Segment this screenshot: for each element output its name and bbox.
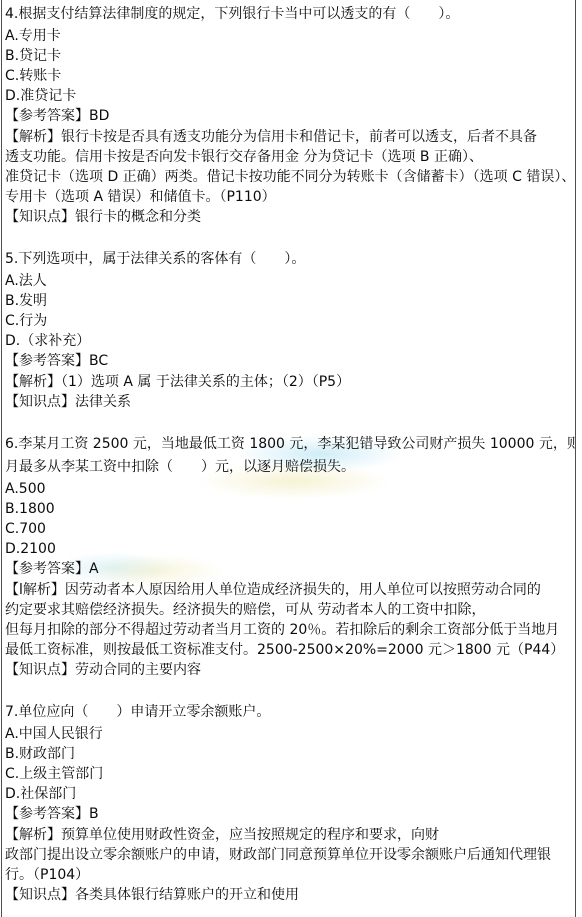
question-5-option-line: C.行为 [5, 311, 576, 331]
question-7-answer-line: 【参考答案】B [5, 804, 576, 825]
question-7-analysis-line: 【解析】预算单位使用财政性资金，应当按照规定的程序和要求，向财 [5, 825, 576, 845]
question-6-knowledge-line: 【知识点】劳动合同的主要内容 [5, 660, 576, 680]
question-6-analysis-line: 约定要求其赔偿经济损失。经济损失的赔偿，可从 劳动者本人的工资中扣除， [5, 600, 576, 620]
question-6-question-line: 6.李某月工资 2500 元，当地最低工资 1800 元，李某犯错导致公司财产损… [5, 433, 576, 456]
question-7-option-line: C.上级主管部门 [5, 764, 576, 784]
question-7: 7.单位应向（ ）申请开立零余额账户。A.中国人民银行B.财政部门C.上级主管部… [5, 701, 576, 905]
question-5-knowledge-line: 【知识点】法律关系 [5, 392, 576, 412]
question-5-question-line: 5.下列选项中，属于法律关系的客体有（ ）。 [5, 248, 576, 271]
question-4-option-line: D.准贷记卡 [5, 86, 576, 106]
question-4-analysis-line: 准贷记卡（选项 D 正确）两类。借记卡按功能不同分为转账卡（含储蓄卡）（选项 C… [5, 167, 576, 187]
question-6-option-line: C.700 [5, 519, 576, 539]
question-7-option-line: B.财政部门 [5, 744, 576, 764]
question-6-answer-line: 【参考答案】A [5, 559, 576, 580]
question-5-analysis-line: 【解析】（1）选项 A 属 于法律关系的主体；（2）（P5） [5, 372, 576, 392]
question-4-option-line: A.专用卡 [5, 26, 576, 46]
question-6-question-line: 月最多从李某工资中扣除（ ）元，以逐月赔偿损失。 [5, 456, 576, 479]
question-4-answer-line: 【参考答案】BD [5, 106, 576, 127]
question-7-analysis-line: 行。（P104） [5, 865, 576, 885]
question-4-option-line: C.转账卡 [5, 66, 576, 86]
document-page: 4.根据支付结算法律制度的规定，下列银行卡当中可以透支的有（ ）。A.专用卡B.… [0, 0, 582, 917]
question-6-analysis-line: 最低工资标准，则按最低工资标准支付。2500-2500×20%=2000 元＞1… [5, 640, 576, 660]
question-7-analysis-line: 政部门提出设立零余额账户的申请，财政部门同意预算单位开设零余额账户后通知代理银 [5, 845, 576, 865]
question-6-option-line: A.500 [5, 479, 576, 499]
question-6-analysis-line: 但每月扣除的部分不得超过劳动者当月工资的 20％。若扣除后的剩余工资部分低于当地… [5, 620, 576, 640]
question-6-analysis-line: 【l解析】因劳动者本人原因给用人单位造成经济损失的，用人单位可以按照劳动合同的 [5, 580, 576, 600]
question-4: 4.根据支付结算法律制度的规定，下列银行卡当中可以透支的有（ ）。A.专用卡B.… [5, 3, 576, 227]
question-6-option-line: B.1800 [5, 499, 576, 519]
question-5: 5.下列选项中，属于法律关系的客体有（ ）。A.法人B.发明C.行为D.（求补充… [5, 248, 576, 412]
question-4-knowledge-line: 【知识点】银行卡的概念和分类 [5, 207, 576, 227]
question-4-analysis-line: 专用卡（选项 A 错误）和储值卡。（P110） [5, 187, 576, 207]
question-5-option-line: A.法人 [5, 271, 576, 291]
question-5-option-line: D.（求补充） [5, 331, 576, 351]
question-4-option-line: B.贷记卡 [5, 46, 576, 66]
question-4-question-line: 4.根据支付结算法律制度的规定，下列银行卡当中可以透支的有（ ）。 [5, 3, 576, 26]
question-4-analysis-line: 【解析】银行卡按是否具有透支功能分为信用卡和借记卡，前者可以透支，后者不具备 [5, 127, 576, 147]
question-7-option-line: D.社保部门 [5, 784, 576, 804]
question-5-answer-line: 【参考答案】BC [5, 351, 576, 372]
question-7-knowledge-line: 【知识点】各类具体银行结算账户的开立和使用 [5, 885, 576, 905]
question-6: 6.李某月工资 2500 元，当地最低工资 1800 元，李某犯错导致公司财产损… [5, 433, 576, 680]
question-5-option-line: B.发明 [5, 291, 576, 311]
question-4-analysis-line: 透支功能。信用卡按是否向发卡银行交存备用金 分为贷记卡（选项 B 正确）、 [5, 147, 576, 167]
question-list: 4.根据支付结算法律制度的规定，下列银行卡当中可以透支的有（ ）。A.专用卡B.… [0, 0, 582, 905]
question-7-question-line: 7.单位应向（ ）申请开立零余额账户。 [5, 701, 576, 724]
question-6-option-line: D.2100 [5, 539, 576, 559]
question-7-option-line: A.中国人民银行 [5, 724, 576, 744]
